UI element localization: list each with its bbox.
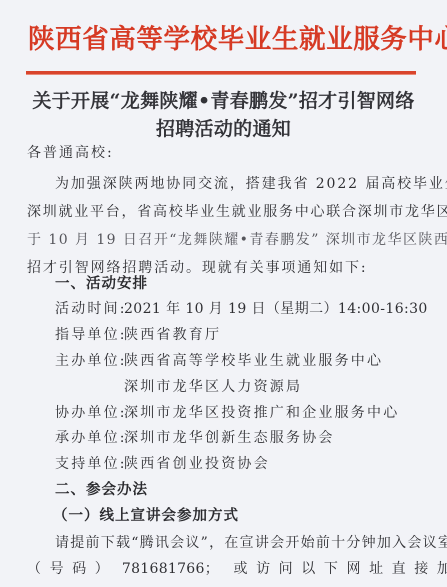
field-label: 支持单位: [55,454,127,474]
letterhead-divider [26,71,416,75]
field-value: 陕西省教育厅 [124,325,221,345]
intro-paragraph-line: 于 10 月 19 日召开“龙舞陕耀•青春鹏发” 深圳市龙华区陕西高校 [27,230,447,250]
field-value: 2021 年 10 月 19 日（星期二）14:00-16:30 [124,299,428,319]
schedule-row-time: 活动时间: 2021 年 10 月 19 日（星期二）14:00-16:30 [55,299,435,319]
salutation: 各普通高校: [27,143,114,163]
notice-document: 陕西省高等学校毕业生就业服务中心 关于开展“龙舞陕耀•青春鹏发”招才引智网络 招… [0,0,447,587]
section-heading-schedule: 一、活动安排 [55,274,148,294]
subsection-heading-online: （一）线上宣讲会参加方式 [53,506,239,526]
participation-line-meeting: （号码） 781681766； 或访问以下网址直接加入: [27,559,420,579]
field-label: 主办单位: [55,351,127,371]
schedule-row-organizer: 承办单位: 深圳市龙华创新生态服务协会 [55,428,435,448]
section-heading-participation: 二、参会办法 [55,480,148,500]
schedule-row-supporter: 支持单位: 陕西省创业投资协会 [55,454,435,474]
intro-paragraph-line: 为加强深陕两地协同交流，搭建我省 2022 届高校毕业生赴 [55,174,447,194]
meeting-number: 781681766； [122,559,219,579]
schedule-row-host-cont: 深圳市龙华区人力资源局 [55,377,435,397]
schedule-row-co-organizer: 协办单位: 深圳市龙华区投资推广和企业服务中心 [55,403,435,423]
field-label: 活动时间: [55,299,127,319]
field-label: 承办单位: [55,428,127,448]
meeting-url-intro: 或访问以下网址直接加入: [233,559,447,579]
notice-title-line1: 关于开展“龙舞陕耀•青春鹏发”招才引智网络 [20,88,427,114]
org-letterhead: 陕西省高等学校毕业生就业服务中心 [28,20,420,60]
field-value: 深圳市龙华区人力资源局 [124,377,302,397]
participation-line: 请提前下载“腾讯会议”，在宣讲会开始前十分钟加入会议室 [55,533,447,553]
field-value: 陕西省高等学校毕业生就业服务中心 [124,351,383,371]
field-value: 陕西省创业投资协会 [124,454,270,474]
field-label: 指导单位: [55,325,127,345]
field-value: 深圳市龙华创新生态服务协会 [124,428,335,448]
field-label: 协办单位: [55,403,127,423]
notice-title-line2: 招聘活动的通知 [20,116,427,142]
intro-paragraph-line: 深圳就业平台，省高校毕业生就业服务中心联合深圳市龙华区， [27,202,447,222]
field-value: 深圳市龙华区投资推广和企业服务中心 [124,403,399,423]
schedule-row-host: 主办单位: 陕西省高等学校毕业生就业服务中心 [55,351,435,371]
schedule-row-guidance: 指导单位: 陕西省教育厅 [55,325,435,345]
meeting-number-label: （号码） [27,559,117,579]
